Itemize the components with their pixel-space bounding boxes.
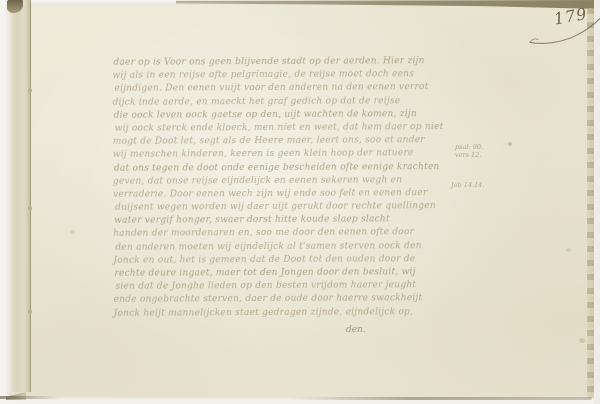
binding-nick [28,206,32,211]
manuscript-line: den anderen moeten wij eijndelijck al t'… [115,240,413,255]
photo-backdrop [594,0,600,404]
handwritten-text-block: daer op is Voor ons geen blijvende stadt… [112,55,413,320]
manuscript-line: eijndigen. Den eenen vuijt voor den ande… [114,82,412,97]
page-bottom-edge-left [0,396,60,399]
manuscript-photo: daer op is Voor ons geen blijvende stadt… [0,0,600,404]
margin-note-line: vers 12. [455,152,483,160]
manuscript-line: dat ons tegen de doot onde eenige besche… [114,161,413,176]
margin-note-job: Job 14.14. [451,182,484,190]
manuscript-line: dijck inde aerde, en maeckt het graf ged… [113,95,413,110]
manuscript-line: Jonck heijt mannelijcken staet gedragen … [114,306,414,321]
folio-number-group: 179 [544,2,595,43]
binding-nick [28,309,32,314]
book-binding-edge [8,0,31,392]
margin-note-psalm: psal: 90. vers 12. [455,144,483,159]
page-bottom-edge [290,397,592,400]
catchword: den. [346,325,366,335]
binding-nick [28,88,32,93]
manuscript-line: handen der moordenaren en, soo me door d… [113,227,413,242]
manuscript-line: wij menschen kinderen, keeren is geen kl… [113,148,413,163]
page-right-deckle-edge [587,8,594,398]
manuscript-line: ende ongebrachte sterven, daer de oude d… [114,293,414,308]
